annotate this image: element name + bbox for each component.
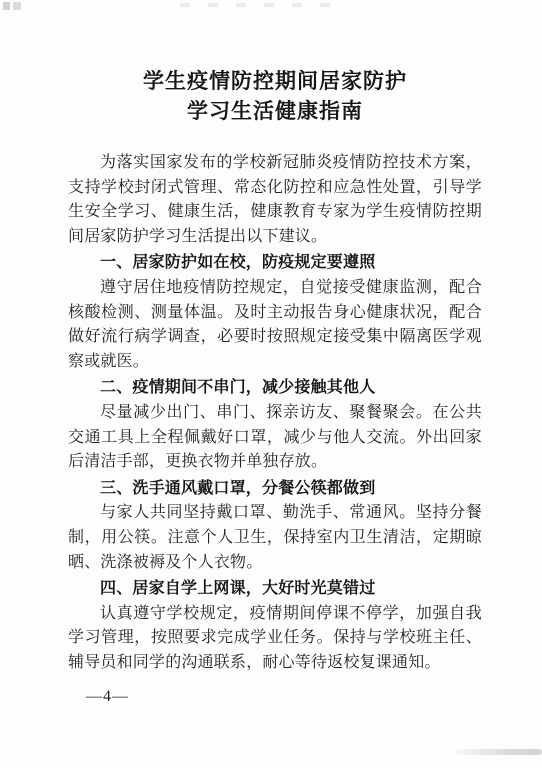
section-2: 二、疫情期间不串门，减少接触其他人 尽量减少出门、串门、探亲访友、聚餐聚会。在公… (68, 376, 482, 474)
section-1-body: 遵守居住地疫情防控规定，自觉接受健康监测，配合核酸检测、测量体温。及时主动报告身… (68, 276, 482, 374)
section-4: 四、居家自学上网课，大好时光莫错过 认真遵守学校规定，疫情期间停课不停学，加强自… (68, 577, 482, 675)
scan-artifact-bottom-right (450, 749, 542, 755)
section-4-heading: 四、居家自学上网课，大好时光莫错过 (68, 577, 482, 602)
title-line-2: 学习生活健康指南 (68, 96, 482, 126)
section-3-body: 与家人共同坚持戴口罩、勤洗手、常通风。坚持分餐制，用公筷。注意个人卫生，保持室内… (68, 501, 482, 575)
document-title: 学生疫情防控期间居家防护 学习生活健康指南 (68, 66, 482, 126)
section-2-heading: 二、疫情期间不串门，减少接触其他人 (68, 376, 482, 401)
page-number: —4— (86, 688, 482, 706)
scan-artifact-top-left (3, 2, 37, 10)
title-line-1: 学生疫情防控期间居家防护 (68, 66, 482, 96)
document-content: 学生疫情防控期间居家防护 学习生活健康指南 为落实国家发布的学校新冠肺炎疫情防控… (0, 0, 542, 706)
section-2-body: 尽量减少出门、串门、探亲访友、聚餐聚会。在公共交通工具上全程佩戴好口罩，减少与他… (68, 401, 482, 475)
intro-paragraph: 为落实国家发布的学校新冠肺炎疫情防控技术方案，支持学校封闭式管理、常态化防控和应… (68, 151, 482, 249)
section-3: 三、洗手通风戴口罩，分餐公筷都做到 与家人共同坚持戴口罩、勤洗手、常通风。坚持分… (68, 477, 482, 575)
document-page: 学生疫情防控期间居家防护 学习生活健康指南 为落实国家发布的学校新冠肺炎疫情防控… (0, 0, 542, 768)
section-1-heading: 一、居家防护如在校，防疫规定要遵照 (68, 251, 482, 276)
section-1: 一、居家防护如在校，防疫规定要遵照 遵守居住地疫情防控规定，自觉接受健康监测，配… (68, 251, 482, 374)
section-4-body: 认真遵守学校规定，疫情期间停课不停学，加强自我学习管理，按照要求完成学业任务。保… (68, 602, 482, 676)
section-3-heading: 三、洗手通风戴口罩，分餐公筷都做到 (68, 477, 482, 502)
scan-artifact-top-middle (180, 3, 330, 7)
